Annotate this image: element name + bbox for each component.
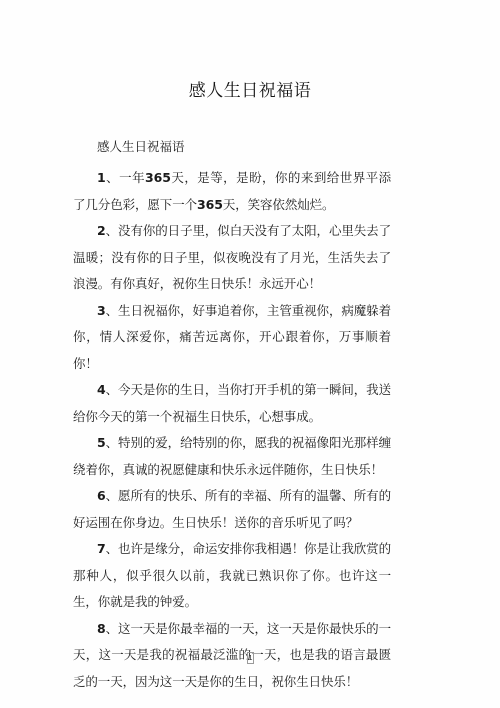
wish-paragraph-8: 8、这一天是你最幸福的一天，这一天是你最快乐的一天，这一天是我的祝福最泛滥的一天… (73, 616, 391, 696)
paragraph-number: 3 (97, 303, 106, 318)
paragraph-number: 6 (97, 488, 106, 503)
wish-paragraph-7: 7、也许是缘分，命运安排你我相遇！你是让我欣赏的那种人，似乎很久以前，我就已熟识… (73, 536, 391, 616)
paragraph-number: 4 (97, 382, 106, 397)
document-subtitle: 感人生日祝福语 (73, 134, 391, 160)
document-body: 感人生日祝福语 1、一年365天，是等，是盼，你的来到给世界平添了几分色彩，愿下… (73, 134, 391, 695)
paragraph-text: 特别的爱，给特别的你，愿我的祝福像阳光那样缠绕着你，真诚的祝愿健康和快乐永远伴随… (73, 435, 391, 477)
paragraph-text: 今天是你的生日，当你打开手机的第一瞬间，我送给你今天的第一个祝福生日快乐，心想事… (73, 382, 391, 424)
paragraph-separator: 、 (106, 488, 118, 503)
paragraph-text: 天，笑容依然灿烂。 (223, 197, 335, 212)
paragraph-separator: 、 (106, 303, 118, 318)
wish-paragraph-2: 2、没有你的日子里，似白天没有了太阳，心里失去了温暖；没有你的日子里，似夜晚没有… (73, 218, 391, 298)
wish-paragraph-4: 4、今天是你的生日，当你打开手机的第一瞬间，我送给你今天的第一个祝福生日快乐，心… (73, 377, 391, 430)
wish-paragraph-6: 6、愿所有的快乐、所有的幸福、所有的温馨、所有的好运围在你身边。生日快乐！送你的… (73, 483, 391, 536)
paragraph-number: 1 (97, 170, 106, 185)
document-title: 感人生日祝福语 (0, 76, 500, 101)
paragraph-text: 愿所有的快乐、所有的幸福、所有的温馨、所有的好运围在你身边。生日快乐！送你的音乐… (73, 488, 391, 530)
wish-paragraph-3: 3、生日祝福你，好事追着你，主管重视你，病魔躲着你，情人深爱你，痛苦远离你，开心… (73, 298, 391, 378)
paragraph-text: 一年 (119, 170, 145, 185)
paragraph-text: 生日祝福你，好事追着你，主管重视你，病魔躲着你，情人深爱你，痛苦远离你，开心跟着… (73, 303, 391, 371)
document-page: 感人生日祝福语 感人生日祝福语 1、一年365天，是等，是盼，你的来到给世界平添… (0, 0, 500, 708)
paragraph-text: 也许是缘分，命运安排你我相遇！你是让我欣赏的那种人，似乎很久以前，我就已熟识你了… (73, 541, 391, 609)
paragraph-number: 2 (97, 223, 106, 238)
paragraph-separator: 、 (106, 223, 118, 238)
paragraph-number: 8 (97, 621, 106, 636)
paragraph-separator: 、 (106, 621, 118, 636)
paragraph-separator: 、 (106, 541, 118, 556)
paragraph-number-bold: 365 (197, 197, 223, 212)
wish-paragraph-5: 5、特别的爱，给特别的你，愿我的祝福像阳光那样缠绕着你，真诚的祝愿健康和快乐永远… (73, 430, 391, 483)
paragraph-separator: 、 (106, 382, 118, 397)
page-number: 1 (247, 652, 254, 664)
paragraph-text: 没有你的日子里，似白天没有了太阳，心里失去了温暖；没有你的日子里，似夜晚没有了月… (73, 223, 391, 291)
paragraph-separator: 、 (106, 435, 118, 450)
wish-paragraph-1: 1、一年365天，是等，是盼，你的来到给世界平添了几分色彩，愿下一个365天，笑… (73, 165, 391, 218)
paragraph-number: 7 (97, 541, 106, 556)
paragraph-number-bold: 365 (145, 170, 171, 185)
paragraph-number: 5 (97, 435, 106, 450)
paragraph-separator: 、 (106, 170, 120, 185)
paragraph-text: 这一天是你最幸福的一天，这一天是你最快乐的一天，这一天是我的祝福最泛滥的一天，也… (73, 621, 391, 689)
